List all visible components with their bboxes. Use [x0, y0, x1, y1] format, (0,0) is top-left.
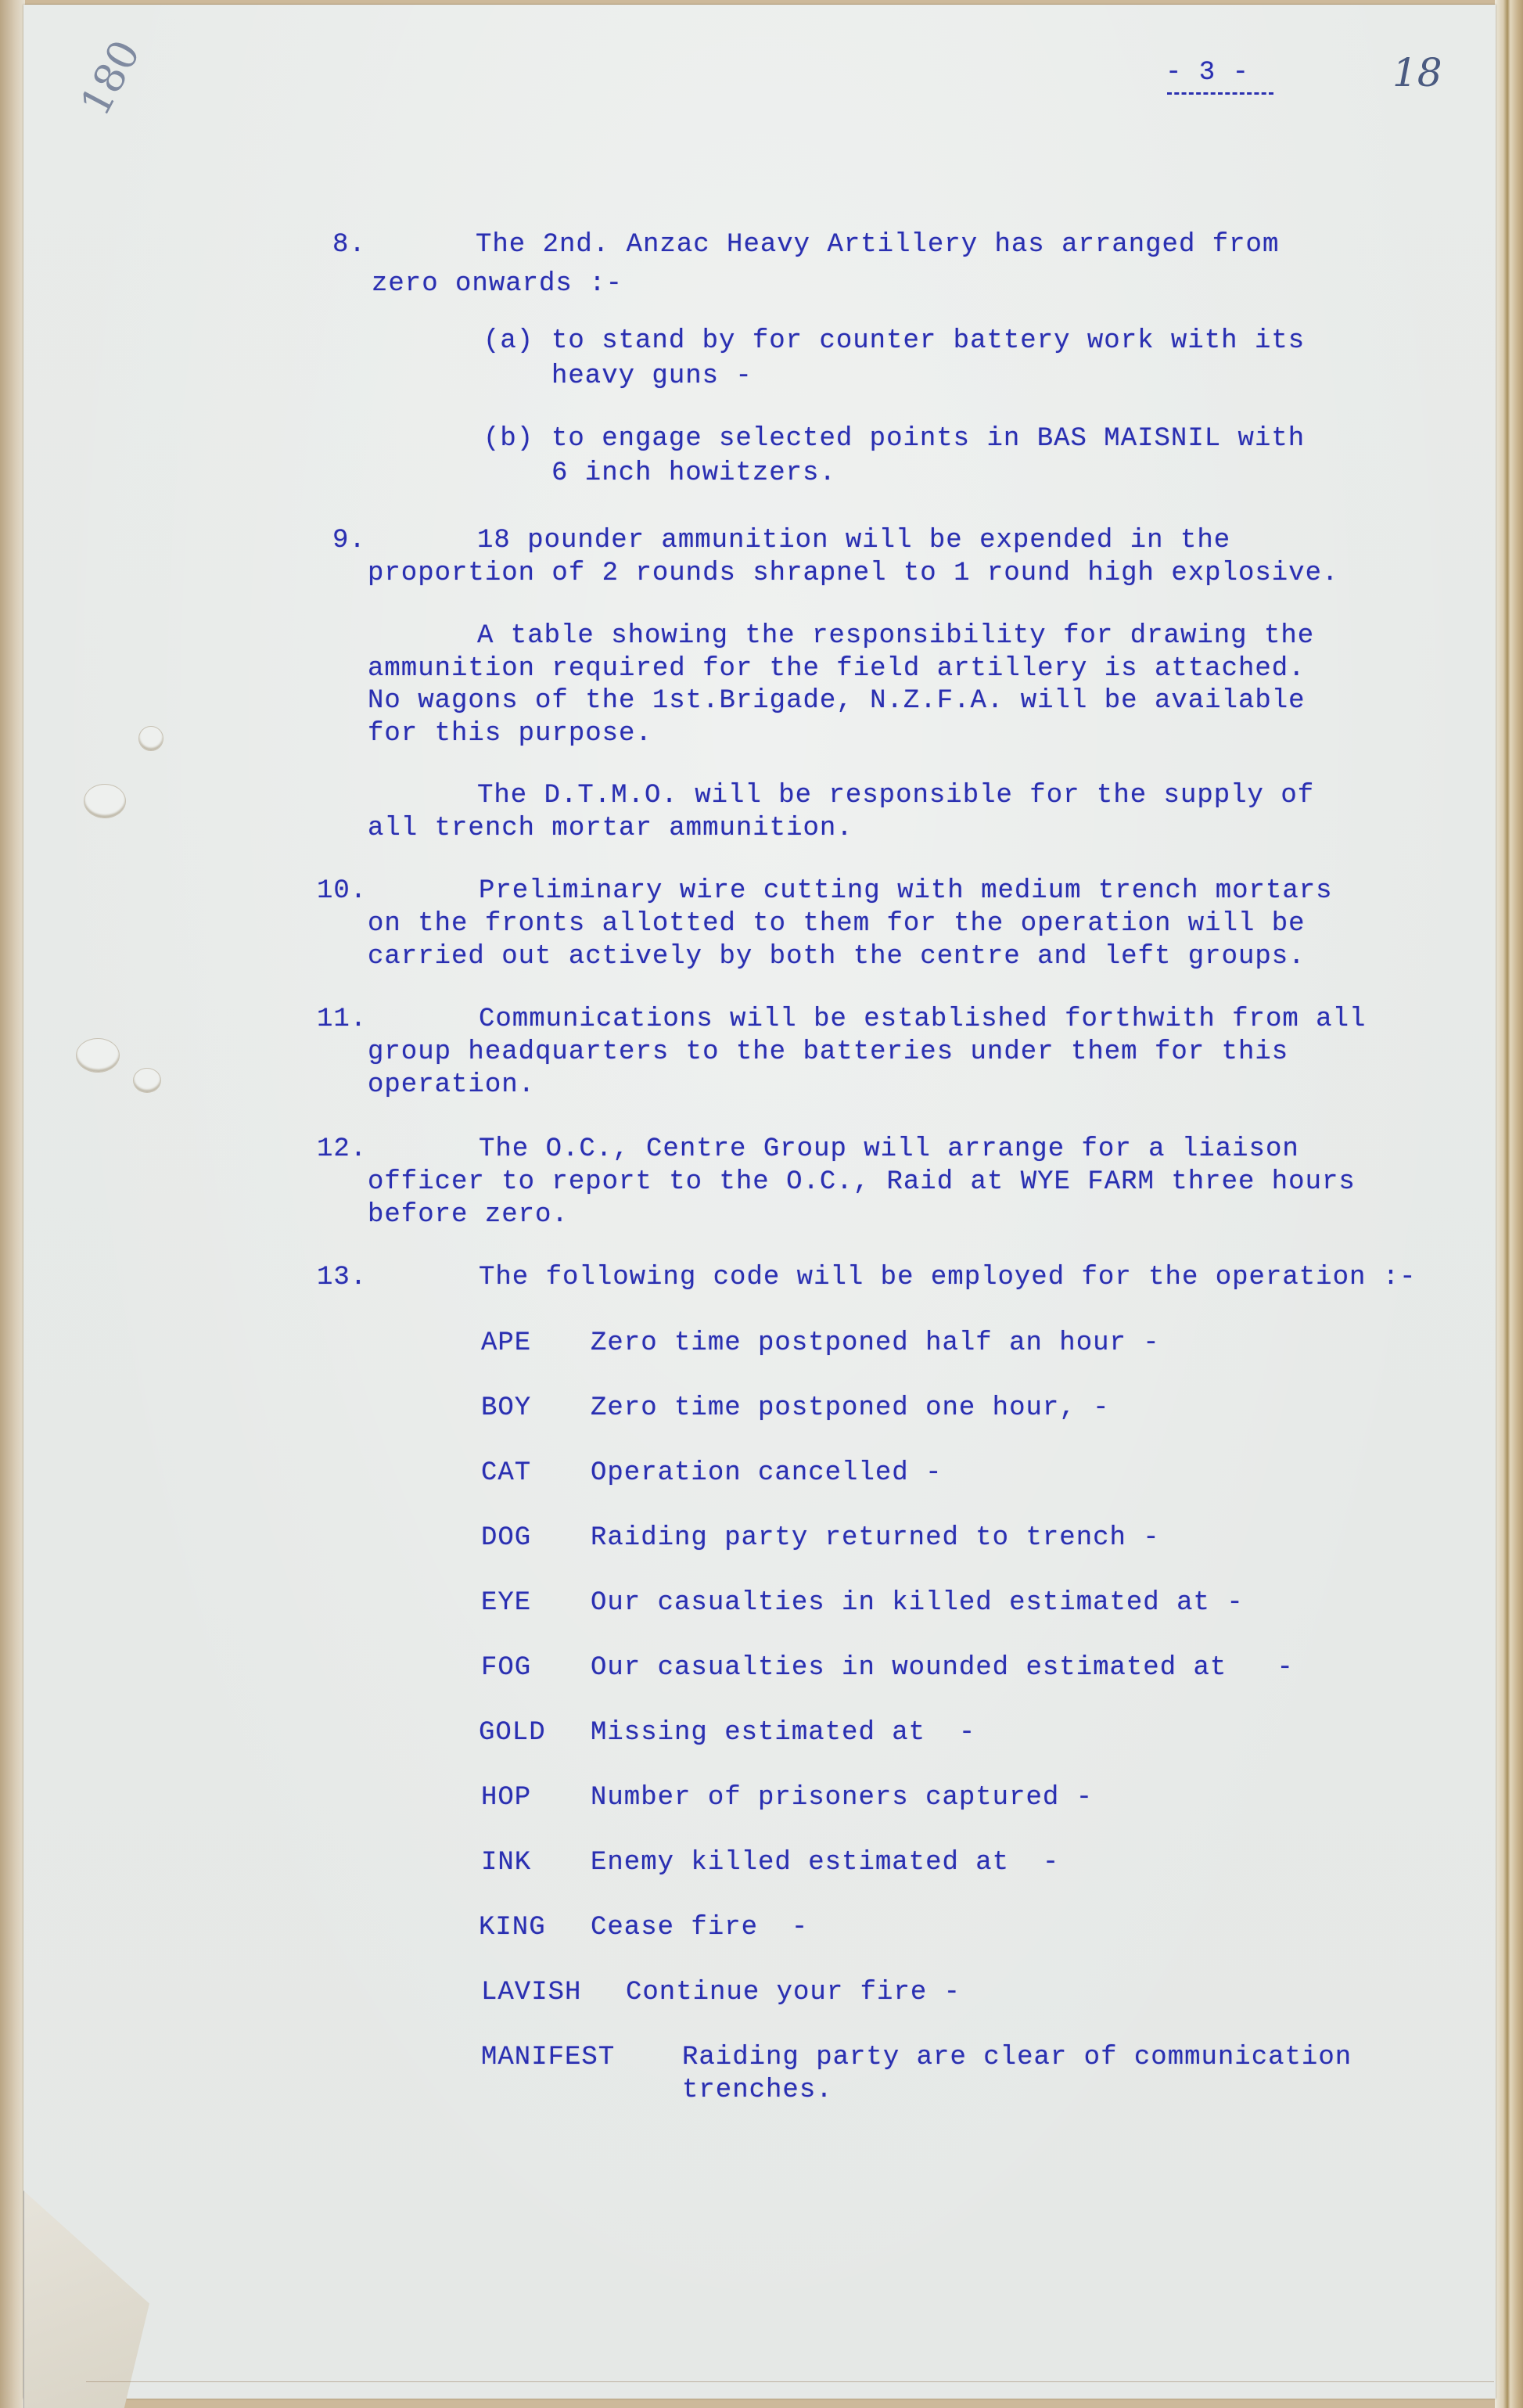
code-word: EYE [481, 1587, 531, 1619]
code-word: APE [481, 1327, 531, 1360]
punch-hole [84, 784, 126, 818]
paragraph-number: 13. [317, 1261, 367, 1294]
punch-hole [138, 726, 163, 751]
code-word: GOLD [479, 1716, 546, 1749]
code-meaning: Operation cancelled - [591, 1457, 942, 1490]
code-meaning: trenches. [682, 2074, 833, 2107]
paragraph-text: No wagons of the 1st.Brigade, N.Z.F.A. w… [368, 685, 1306, 717]
paragraph-number: 8. [332, 228, 366, 261]
paragraph-text: 18 pounder ammunition will be expended i… [477, 524, 1230, 557]
paragraph-text: proportion of 2 rounds shrapnel to 1 rou… [368, 557, 1338, 590]
code-meaning: Raiding party returned to trench - [591, 1522, 1160, 1554]
paragraph-text: The 2nd. Anzac Heavy Artillery has arran… [476, 228, 1279, 261]
paragraph-text: before zero. [368, 1199, 569, 1231]
code-meaning: Number of prisoners captured - [591, 1781, 1093, 1814]
code-meaning: Missing estimated at - [591, 1716, 975, 1749]
code-word: INK [481, 1846, 531, 1879]
code-meaning: Raiding party are clear of communication [682, 2041, 1352, 2074]
paragraph-text: officer to report to the O.C., Raid at W… [368, 1166, 1356, 1199]
subitem-label: (b) [483, 422, 533, 455]
paragraph-text: group headquarters to the batteries unde… [368, 1036, 1288, 1069]
page-number: - 3 - [1166, 56, 1249, 89]
folder-backing-right [1495, 0, 1523, 2408]
folder-backing-left [0, 0, 25, 2408]
paragraph-text: zero onwards :- [372, 268, 623, 300]
code-word: FOG [481, 1651, 531, 1684]
paragraph-text: Communications will be established forth… [479, 1003, 1366, 1036]
paragraph-text: carried out actively by both the centre … [368, 940, 1306, 973]
document-page [23, 5, 1496, 2399]
paragraph-text: A table showing the responsibility for d… [477, 620, 1314, 652]
paragraph-text: Preliminary wire cutting with medium tre… [479, 875, 1333, 907]
code-meaning: Enemy killed estimated at - [591, 1846, 1059, 1879]
subitem-text: 6 inch howitzers. [551, 457, 836, 490]
paragraph-text: operation. [368, 1069, 535, 1102]
code-word: MANIFEST [481, 2041, 615, 2074]
punch-hole [76, 1038, 120, 1073]
paragraph-text: The O.C., Centre Group will arrange for … [479, 1133, 1299, 1166]
code-word: KING [479, 1911, 546, 1944]
punch-hole [133, 1068, 161, 1093]
subitem-text: to stand by for counter battery work wit… [551, 325, 1305, 358]
paragraph-text: all trench mortar ammunition. [368, 812, 853, 845]
code-word: HOP [481, 1781, 531, 1814]
paragraph-number: 10. [317, 875, 367, 907]
code-meaning: Zero time postponed half an hour - [591, 1327, 1160, 1360]
code-meaning: Cease fire - [591, 1911, 808, 1944]
subitem-text: heavy guns - [551, 360, 753, 393]
code-word: CAT [481, 1457, 531, 1490]
page-number-underline [1167, 92, 1273, 95]
paragraph-text: for this purpose. [368, 717, 652, 750]
code-meaning: Continue your fire - [626, 1976, 961, 2009]
code-word: DOG [481, 1522, 531, 1554]
code-word: LAVISH [481, 1976, 581, 2009]
code-meaning: Zero time postponed one hour, - [591, 1392, 1110, 1425]
subitem-label: (a) [483, 325, 533, 358]
paragraph-number: 12. [317, 1133, 367, 1166]
code-word: BOY [481, 1392, 531, 1425]
subitem-text: to engage selected points in BAS MAISNIL… [551, 422, 1305, 455]
paragraph-number: 11. [317, 1003, 367, 1036]
paragraph-text: The D.T.M.O. will be responsible for the… [477, 779, 1314, 812]
page-edge-line [86, 2381, 1494, 2382]
paragraph-text: ammunition required for the field artill… [368, 652, 1306, 685]
paragraph-text: on the fronts allotted to them for the o… [368, 907, 1306, 940]
paragraph-text: The following code will be employed for … [479, 1261, 1417, 1294]
code-meaning: Our casualties in wounded estimated at - [591, 1651, 1294, 1684]
paragraph-number: 9. [332, 524, 366, 557]
code-meaning: Our casualties in killed estimated at - [591, 1587, 1244, 1619]
folio-number: 18 [1392, 50, 1442, 95]
